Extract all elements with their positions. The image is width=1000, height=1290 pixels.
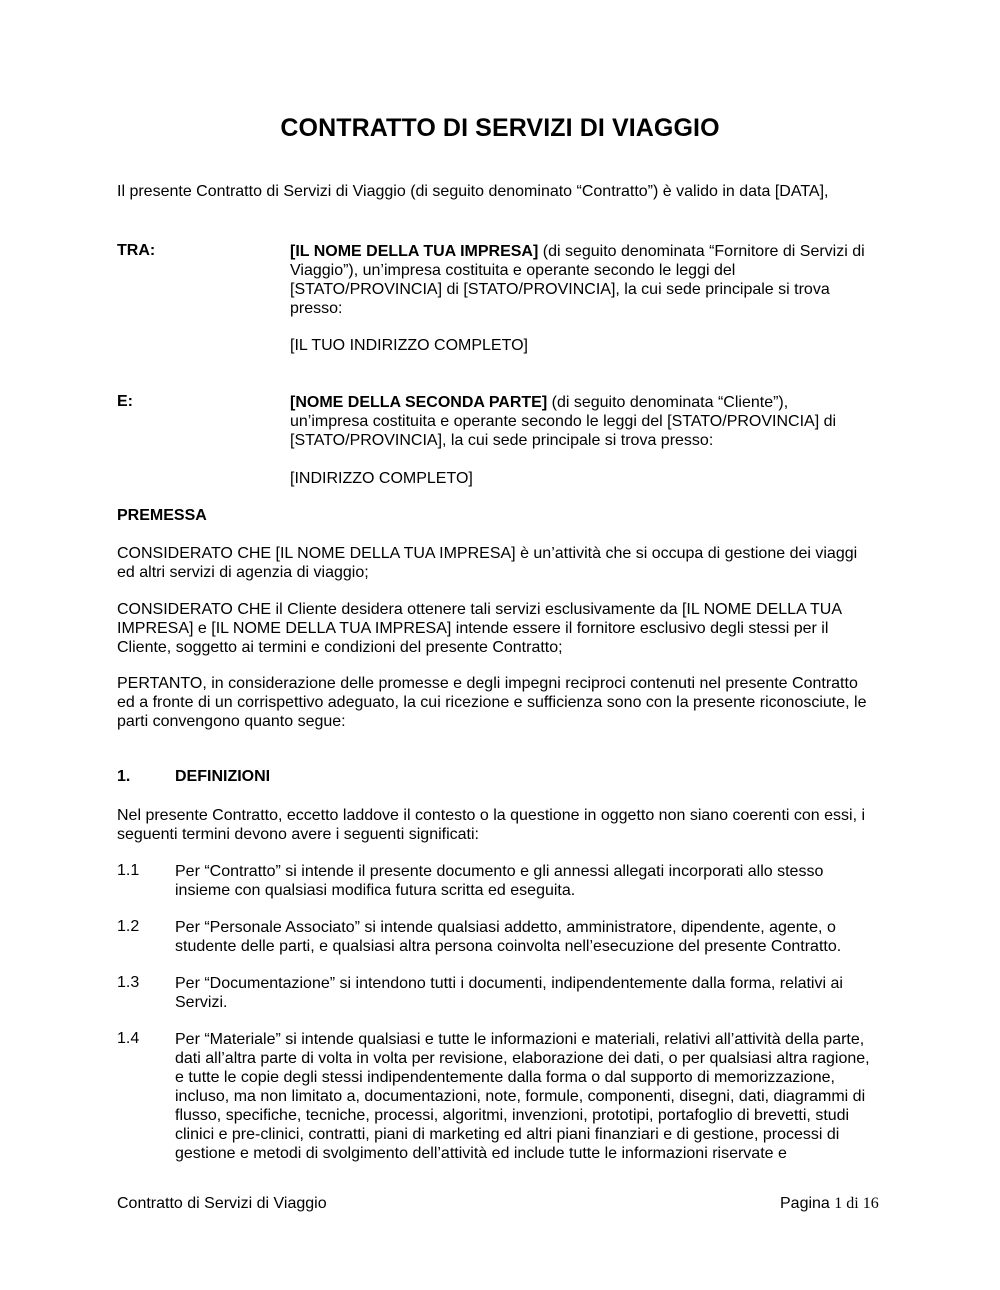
total-pages: 16 — [863, 1195, 879, 1212]
party-tra-address: [IL TUO INDIRIZZO COMPLETO] — [290, 336, 890, 355]
footer-page-number: Pagina 1 di 16 — [780, 1195, 879, 1213]
footer-document-title: Contratto di Servizi di Viaggio — [117, 1195, 327, 1213]
party-e-address: [INDIRIZZO COMPLETO] — [290, 469, 890, 488]
item-1-1-text: Per “Contratto” si intende il presente d… — [175, 862, 887, 900]
recital-2: CONSIDERATO CHE il Cliente desidera otte… — [117, 600, 887, 657]
section-1-heading: DEFINIZIONI — [175, 768, 270, 786]
premessa-heading: PREMESSA — [117, 507, 207, 525]
intro-paragraph: Il presente Contratto di Servizi di Viag… — [117, 182, 917, 201]
recital-1: CONSIDERATO CHE [IL NOME DELLA TUA IMPRE… — [117, 544, 887, 582]
section-1-number: 1. — [117, 768, 130, 786]
party-tra-name: [IL NOME DELLA TUA IMPRESA] — [290, 243, 538, 260]
item-1-3-number: 1.3 — [117, 974, 139, 992]
item-1-2-number: 1.2 — [117, 918, 139, 936]
item-1-3-text: Per “Documentazione” si intendono tutti … — [175, 974, 887, 1012]
item-1-4-number: 1.4 — [117, 1030, 139, 1048]
section-1-intro: Nel presente Contratto, eccetto laddove … — [117, 806, 887, 844]
party-e-name: [NOME DELLA SECONDA PARTE] — [290, 394, 547, 411]
item-1-1-number: 1.1 — [117, 862, 139, 880]
recital-3: PERTANTO, in considerazione delle promes… — [117, 674, 887, 731]
party-label-tra: TRA: — [117, 242, 155, 260]
document-title: CONTRATTO DI SERVIZI DI VIAGGIO — [0, 114, 1000, 143]
party-tra-description: [IL NOME DELLA TUA IMPRESA] (di seguito … — [290, 242, 890, 318]
item-1-4-text: Per “Materiale” si intende qualsiasi e t… — [175, 1030, 887, 1163]
party-label-e: E: — [117, 393, 133, 411]
party-e-description: [NOME DELLA SECONDA PARTE] (di seguito d… — [290, 393, 890, 450]
item-1-2-text: Per “Personale Associato” si intende qua… — [175, 918, 887, 956]
